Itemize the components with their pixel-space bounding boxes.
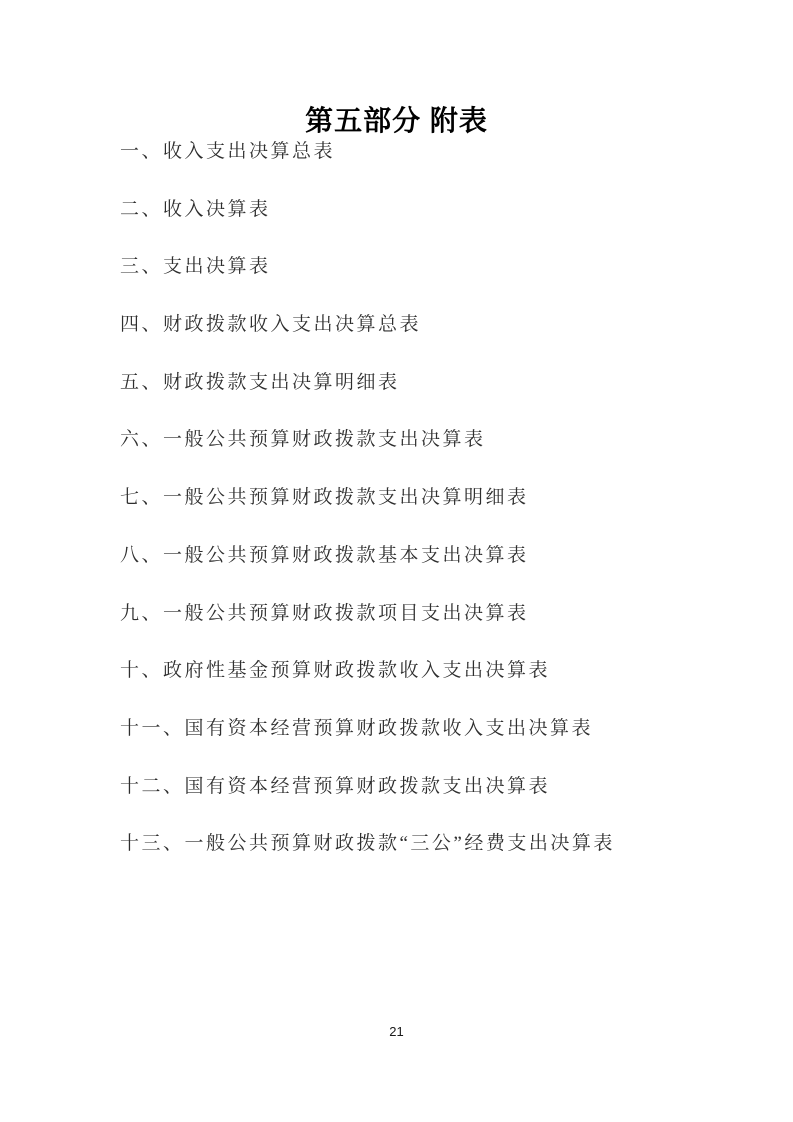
list-item: 十一、国有资本经营预算财政拨款收入支出决算表	[120, 717, 733, 775]
list-item: 八、一般公共预算财政拨款基本支出决算表	[120, 544, 733, 602]
page-number: 21	[0, 1024, 793, 1039]
list-item: 三、支出决算表	[120, 255, 733, 313]
list-item: 二、收入决算表	[120, 198, 733, 256]
attachment-table-list: 一、收入支出决算总表 二、收入决算表 三、支出决算表 四、财政拨款收入支出决算总…	[120, 140, 733, 890]
list-item: 十三、一般公共预算财政拨款“三公”经费支出决算表	[120, 832, 733, 890]
document-page: 第五部分 附表 一、收入支出决算总表 二、收入决算表 三、支出决算表 四、财政拨…	[0, 0, 793, 1122]
list-item: 七、一般公共预算财政拨款支出决算明细表	[120, 486, 733, 544]
list-item: 四、财政拨款收入支出决算总表	[120, 313, 733, 371]
list-item: 九、一般公共预算财政拨款项目支出决算表	[120, 602, 733, 660]
list-item: 一、收入支出决算总表	[120, 140, 733, 198]
list-item: 六、一般公共预算财政拨款支出决算表	[120, 428, 733, 486]
page-title: 第五部分 附表	[0, 99, 793, 139]
list-item: 五、财政拨款支出决算明细表	[120, 371, 733, 429]
list-item: 十、政府性基金预算财政拨款收入支出决算表	[120, 659, 733, 717]
list-item: 十二、国有资本经营预算财政拨款支出决算表	[120, 775, 733, 833]
